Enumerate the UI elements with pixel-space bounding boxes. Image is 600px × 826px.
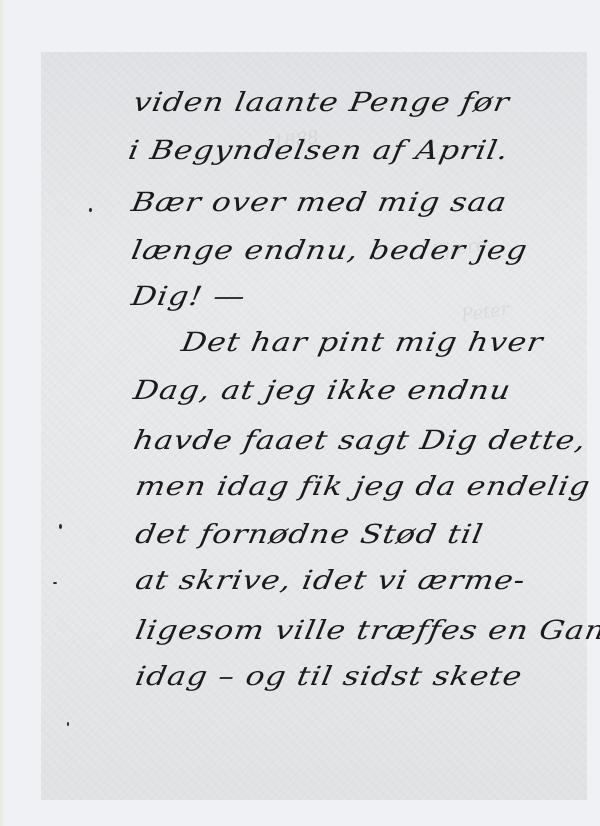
bleed-through-mark: Peter [460, 299, 511, 327]
handwritten-line: Bær over med mig saa [129, 187, 510, 218]
handwritten-line: viden laante Penge før [131, 87, 512, 118]
ink-speck [67, 722, 69, 726]
letter-page: 1888 Kjære Peter viden laante Penge før … [41, 52, 587, 800]
scan-edge [0, 0, 4, 826]
handwritten-line: det fornødne Stød til [133, 519, 486, 550]
handwritten-line: men idag fik jeg da endelig [133, 471, 593, 502]
handwritten-line: ligesom ville træffes en Gang [133, 615, 600, 646]
handwritten-line: længe endnu, beder jeg [129, 235, 530, 266]
ink-speck [89, 208, 92, 212]
handwritten-line: havde faaet sagt Dig dette, [131, 425, 589, 456]
handwritten-line: Dag, at jeg ikke endnu [131, 375, 514, 406]
ink-speck [53, 582, 57, 584]
handwritten-line: idag – og til sidst skete [133, 661, 525, 692]
handwritten-line: Det har pint mig hver [179, 327, 546, 358]
ink-speck [59, 524, 62, 529]
handwritten-line: at skrive, idet vi ærme- [133, 565, 528, 596]
handwritten-line: Dig! — [129, 281, 248, 312]
handwritten-line: i Begyndelsen af April. [126, 135, 511, 166]
